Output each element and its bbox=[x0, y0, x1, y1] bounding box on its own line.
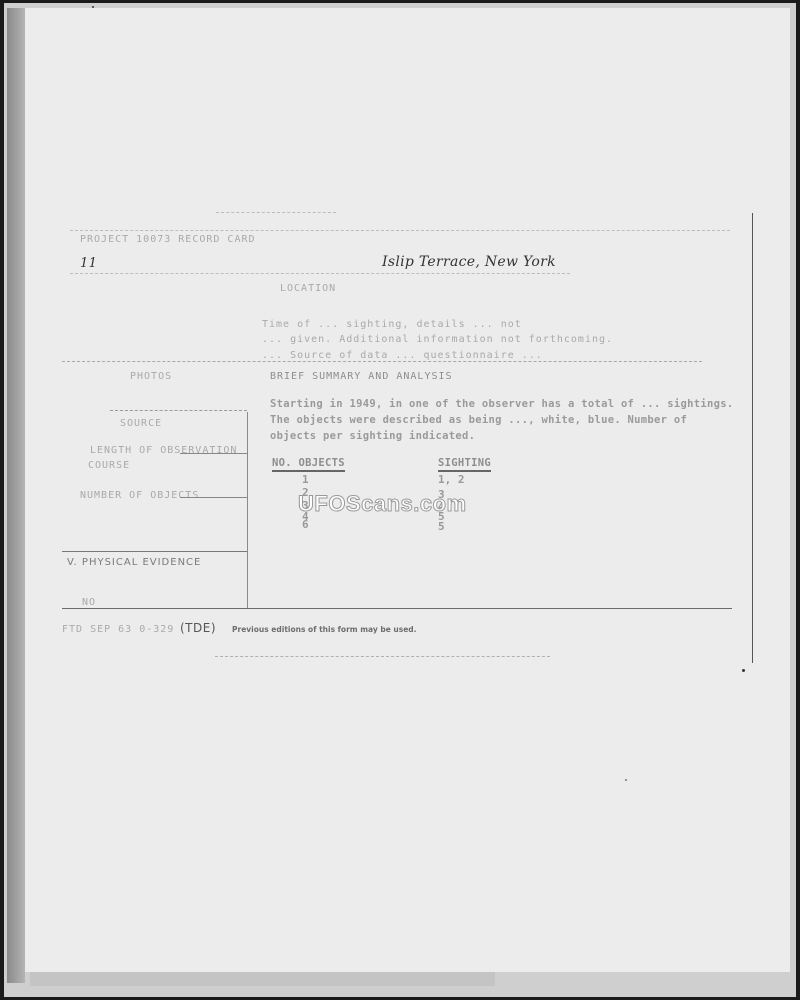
watermark: UFOScans.com bbox=[298, 491, 467, 517]
form-rule bbox=[110, 410, 247, 411]
form-rule bbox=[62, 551, 247, 552]
footer-rule bbox=[215, 656, 550, 657]
left-column-label: PHOTOS bbox=[130, 371, 172, 382]
form-rule bbox=[180, 497, 247, 498]
form-tde: (TDE) bbox=[180, 621, 216, 635]
comments-fragment: ... Source of data ... questionnaire ... bbox=[262, 350, 543, 361]
table-header-objects: NO. OBJECTS bbox=[272, 457, 345, 472]
left-column-label: LENGTH OF OBSERVATION bbox=[90, 445, 237, 456]
form-bottom-rule bbox=[62, 608, 732, 609]
header-faint-text: LOCATION bbox=[280, 283, 336, 294]
table-cell: 1 bbox=[302, 473, 309, 486]
comments-fragment: Time of ... sighting, details ... not bbox=[262, 319, 522, 330]
scan-speck bbox=[742, 669, 745, 672]
form-note: Previous editions of this form may be us… bbox=[232, 625, 417, 634]
form-right-border bbox=[752, 213, 753, 663]
scan-speck bbox=[92, 6, 94, 8]
table-cell: 5 bbox=[438, 520, 445, 533]
left-column-label: NUMBER OF OBJECTS bbox=[80, 490, 199, 501]
left-column-value: NO bbox=[82, 597, 96, 608]
scan-speck bbox=[625, 779, 627, 781]
form-code: FTD SEP 63 0-329 bbox=[62, 624, 174, 635]
scan-edge-shadow bbox=[7, 8, 25, 983]
column-divider bbox=[247, 412, 248, 608]
section-heading: BRIEF SUMMARY AND ANALYSIS bbox=[270, 371, 453, 382]
comments-fragment: ... given. Additional information not fo… bbox=[262, 334, 613, 345]
form-rule bbox=[180, 453, 247, 454]
header-rule bbox=[216, 212, 336, 213]
table-header-sighting: SIGHTING bbox=[438, 457, 491, 472]
header-rule bbox=[70, 230, 730, 231]
location-rule bbox=[70, 273, 570, 274]
page-number-mark: 11 bbox=[80, 256, 97, 271]
section-rule bbox=[62, 361, 702, 362]
location-handwritten: Islip Terrace, New York bbox=[382, 254, 556, 270]
header-faint-text: PROJECT 10073 RECORD CARD bbox=[80, 234, 256, 245]
table-cell: 6 bbox=[302, 518, 309, 531]
left-column-value: COURSE bbox=[88, 460, 130, 471]
table-cell: 1, 2 bbox=[438, 473, 465, 486]
physical-evidence-label: V. PHYSICAL EVIDENCE bbox=[67, 557, 201, 568]
summary-text: Starting in 1949, in one of the observer… bbox=[270, 396, 740, 444]
scan-bottom-edge bbox=[30, 972, 495, 986]
left-column-label: SOURCE bbox=[120, 418, 162, 429]
